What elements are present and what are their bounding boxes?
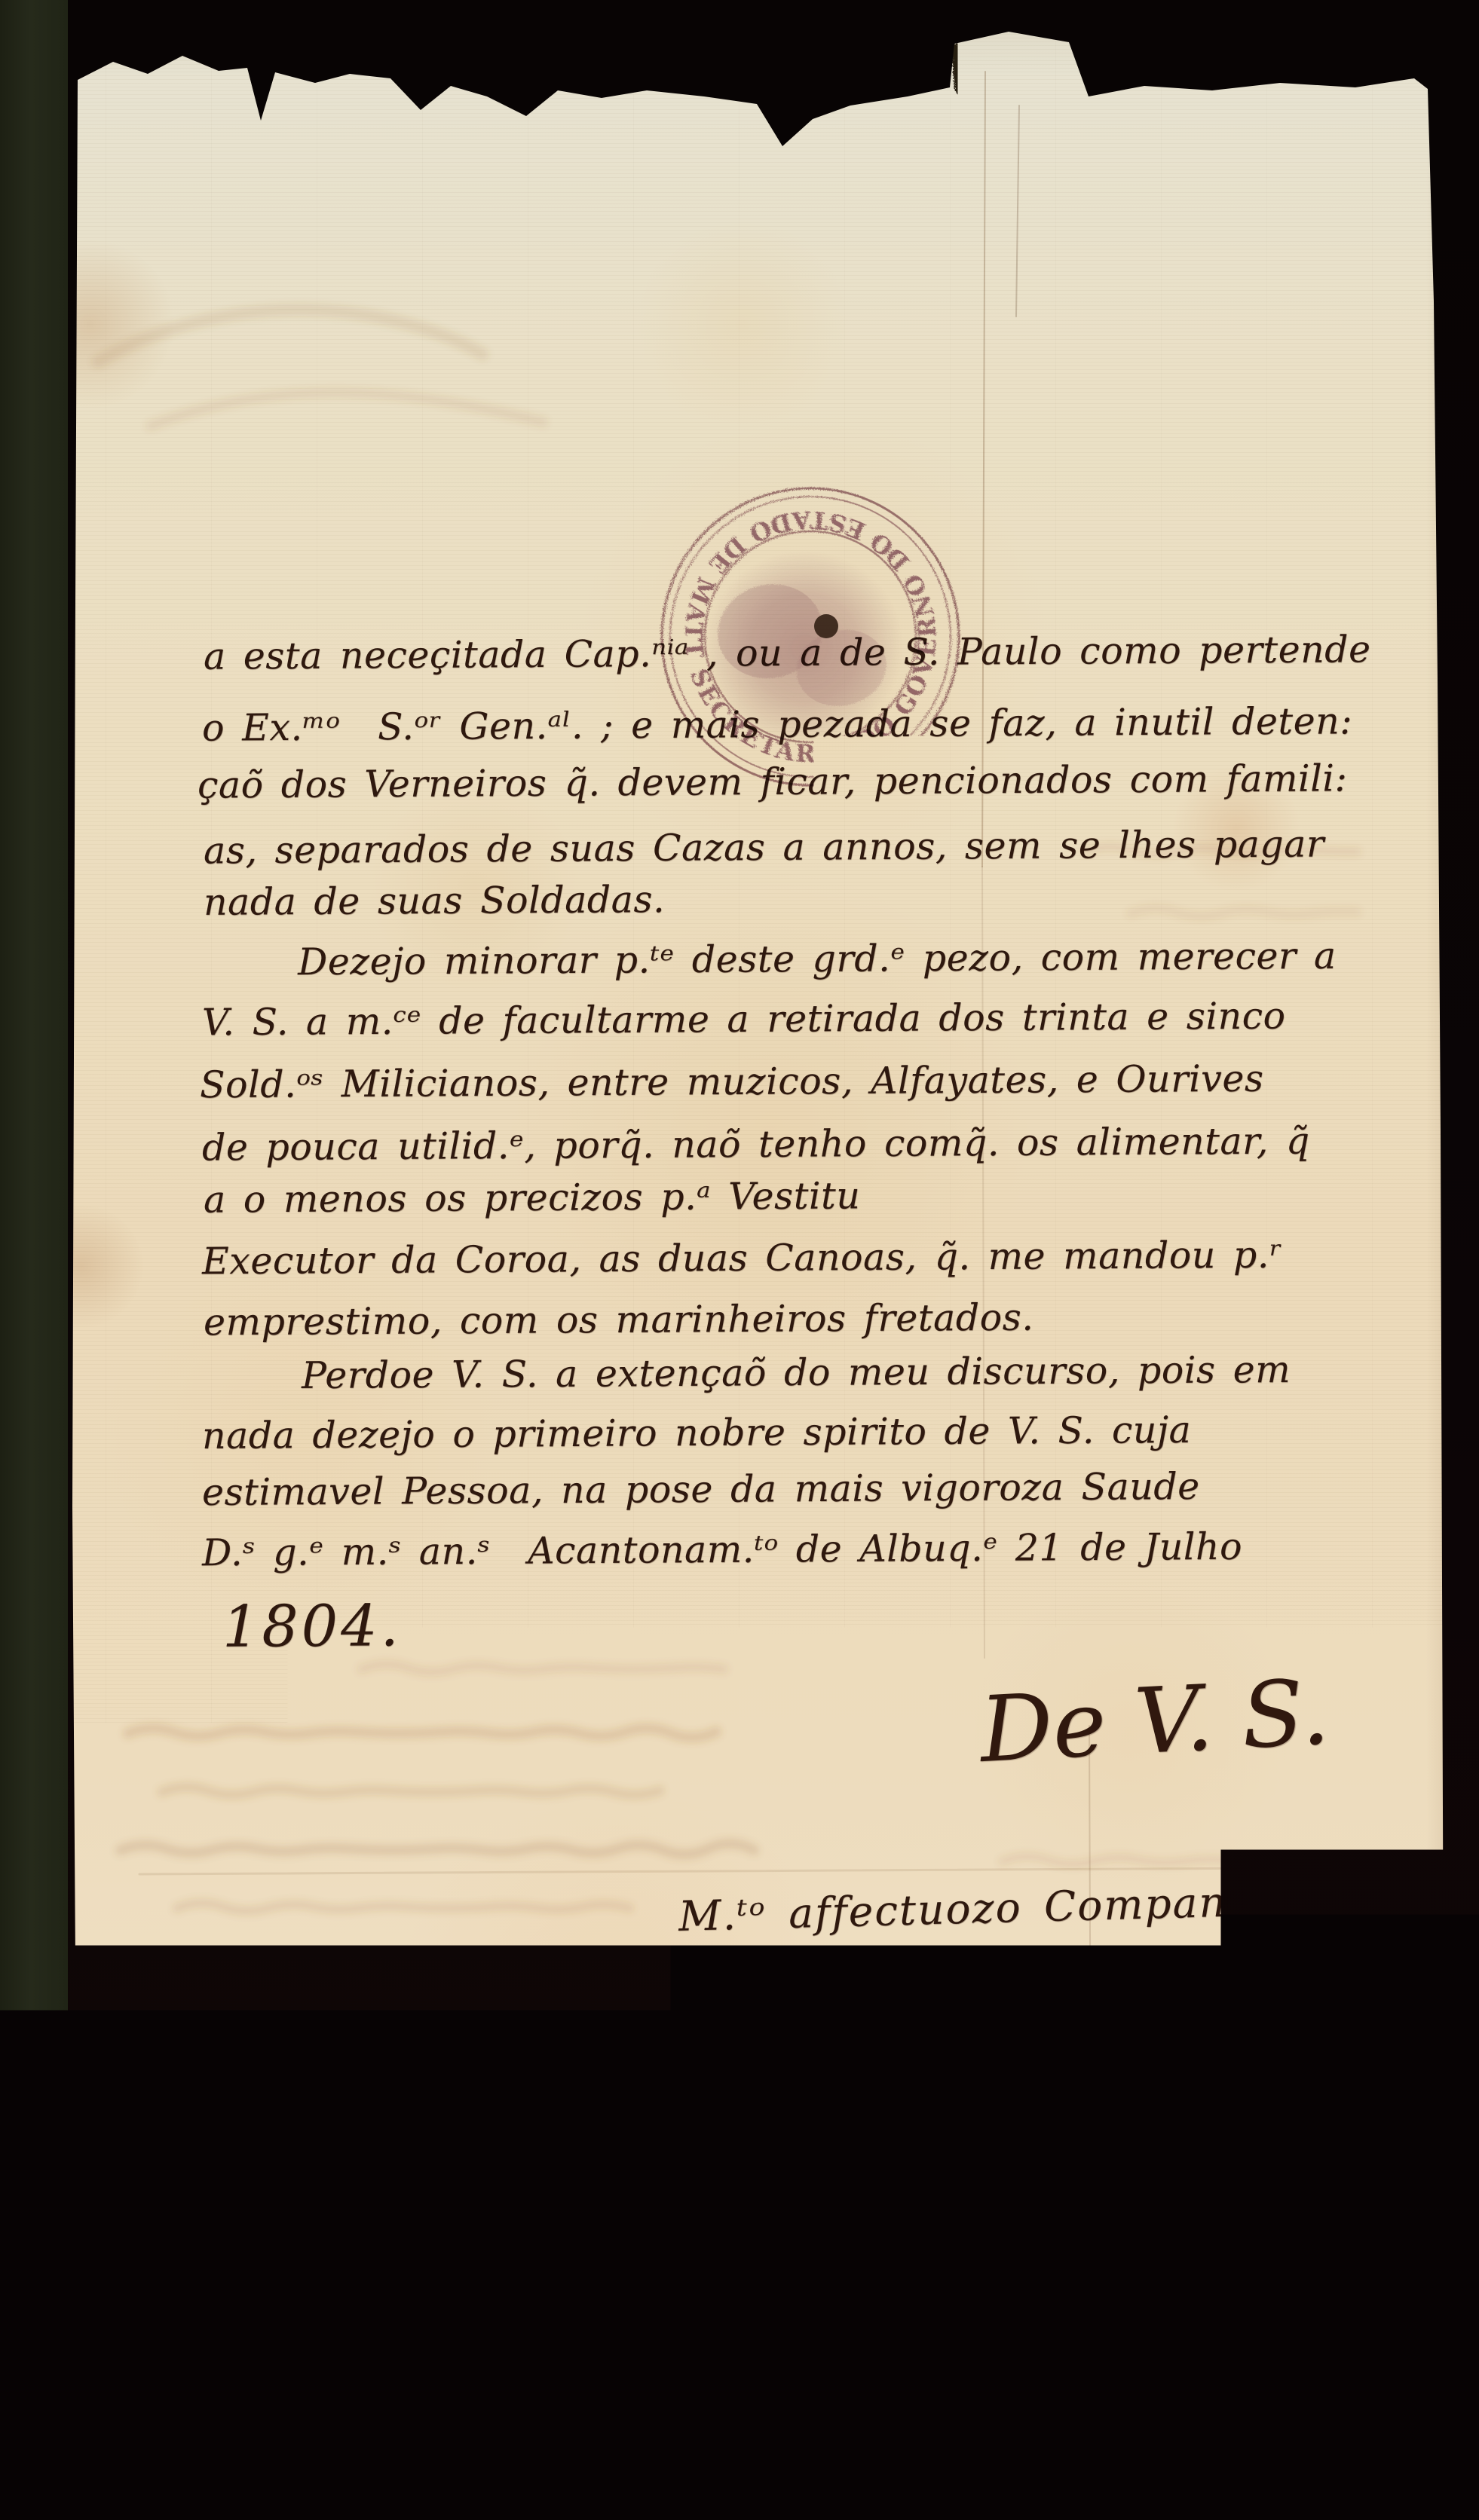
- strike-through-scribble: [852, 1176, 1432, 1266]
- manuscript-line: de pouca utilid.ᵉ, porq̃. naõ tenho comq…: [202, 1123, 1310, 1167]
- manuscript-line: o Ex.ᵐᵒ S.ᵒʳ Gen.ᵃˡ. ; e mais pezada se …: [202, 702, 1352, 746]
- manuscript-line: D.ˢ g.ᵉ m.ˢ an.ˢ Acantonam.ᵗᵒ de Albuq.ᵉ…: [202, 1528, 1242, 1571]
- manuscript-line: V. S. a m.ᶜᵉ de facultarme a retirada do…: [202, 998, 1286, 1041]
- manuscript-date-year: 1804.: [222, 1597, 402, 1655]
- manuscript-line: Dezejo minorar p.ᵗᵉ deste grd.ᵉ pezo, co…: [298, 937, 1337, 980]
- closing-line: M.ᵗᵒ affectuozo Companhr.ᵒ: [678, 1879, 1304, 1937]
- paper-creases: [0, 0, 1479, 2520]
- manuscript-line: emprestimo, com os marinheiros fretados.: [204, 1299, 1034, 1341]
- secretaria-stamp-upper: SECRETARIA DO GOVERNO DO ESTADO DE MATTO…: [622, 448, 999, 825]
- stamp-ring-text: SECRETARIA DO GOVERNO DO ESTADO DE MATTO…: [622, 448, 969, 812]
- stamp-ring-text: SECRETARIA DO GOVERNO DO ESTADO DE MATTO…: [652, 1236, 953, 1552]
- manuscript-line: Executor da Coroa, as duas Canoas, q̃. m…: [202, 1237, 1283, 1280]
- ink-specks: [68, 356, 1379, 2156]
- manuscript-line: Perdoe V. S. a extençaõ do meu discurso,…: [302, 1351, 1291, 1394]
- stray-ink-squiggles: [688, 38, 1385, 498]
- book-spine-strip: [0, 0, 68, 2520]
- secretaria-stamp-lower: SECRETARIA DO GOVERNO DO ESTADO DE MATTO…: [652, 1236, 969, 1552]
- svg-text:SECRETARIA DO GOVERNO DO ESTAD: SECRETARIA DO GOVERNO DO ESTADO DE MATTO…: [652, 1236, 953, 1552]
- manuscript-page: a esta neceçitada Cap.ⁿⁱᵃ , ou a de S. P…: [0, 0, 1479, 2520]
- manuscript-line: a o menos os precizos p.ᵃ Vestitu: [204, 1177, 861, 1218]
- valediction-script: De V. S.: [978, 1668, 1331, 1776]
- top-edge-tear: [951, 39, 1093, 205]
- manuscript-line: estimavel Pessoa, na pose da mais vigoro…: [202, 1468, 1200, 1511]
- manuscript-line: nada de suas Soldadas.: [204, 881, 665, 921]
- ink-blot-bird: [1216, 1608, 1324, 1687]
- manuscript-line: nada dezejo o primeiro nobre spirito de …: [202, 1411, 1192, 1454]
- margin-ink-blot: [75, 1375, 152, 1526]
- svg-text:SECRETARIA DO GOVERNO DO ESTAD: SECRETARIA DO GOVERNO DO ESTADO DE MATTO…: [622, 448, 969, 812]
- signature: Candido X.ᵉʳ de Alm.ᵈᵃ Souza.: [817, 2110, 1444, 2176]
- manuscript-line: a esta neceçitada Cap.ⁿⁱᵃ , ou a de S. P…: [204, 631, 1371, 674]
- ink-blot-round: [588, 2142, 618, 2182]
- ink-blot-drip: [731, 1901, 859, 2145]
- stamp-ink-hole: [814, 614, 838, 638]
- manuscript-line: Sold.ᵒˢ Milicianos, entre muzicos, Alfay…: [200, 1060, 1264, 1104]
- photo-backdrop: a esta neceçitada Cap.ⁿⁱᵃ , ou a de S. P…: [0, 0, 1479, 2520]
- ink-blots-layer: [0, 0, 1479, 2520]
- manuscript-line: as, separados de suas Cazas a annos, sem…: [204, 825, 1324, 869]
- bleed-through-ghost-writing: [0, 0, 1479, 2520]
- manuscript-line: çaõ dos Verneiros q̃. devem ficar, penci…: [198, 760, 1348, 803]
- ink-blot-pair: [946, 2011, 1049, 2075]
